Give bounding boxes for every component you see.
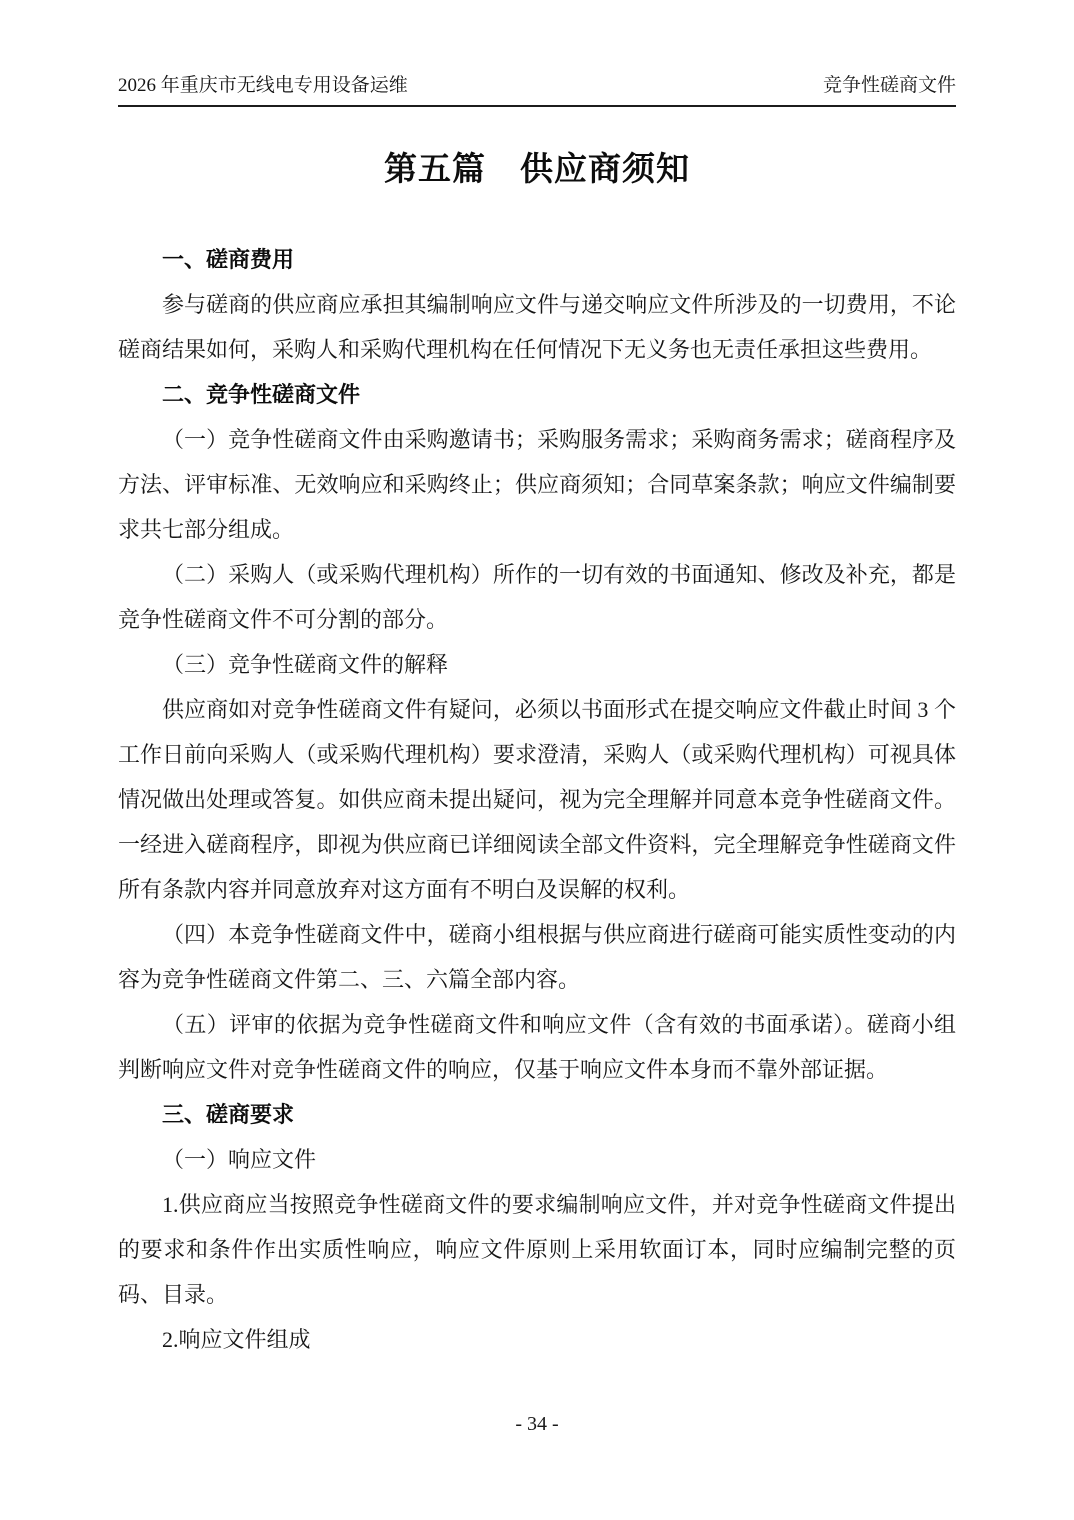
header-left-text: 2026 年重庆市无线电专用设备运维 [118,74,408,98]
document-body: 一、磋商费用 参与磋商的供应商应承担其编制响应文件与递交响应文件所涉及的一切费用… [118,237,956,1362]
page-header: 2026 年重庆市无线电专用设备运维 竞争性磋商文件 [118,0,956,107]
paragraph-substantive-changes: （四）本竞争性磋商文件中，磋商小组根据与供应商进行磋商可能实质性变动的内容为竞争… [118,912,956,1002]
paragraph-response-doc-title: （一）响应文件 [118,1137,956,1182]
section-heading-1: 一、磋商费用 [118,237,956,282]
paragraph-notices: （二）采购人（或采购代理机构）所作的一切有效的书面通知、修改及补充，都是竞争性磋… [118,552,956,642]
paragraph-fees: 参与磋商的供应商应承担其编制响应文件与递交响应文件所涉及的一切费用，不论磋商结果… [118,282,956,372]
header-right-text: 竞争性磋商文件 [823,74,956,98]
paragraph-response-doc-composition: 2.响应文件组成 [118,1317,956,1362]
paragraph-interpretation-title: （三）竞争性磋商文件的解释 [118,642,956,687]
page-number: - 34 - [0,1413,1074,1436]
paragraph-review-basis: （五）评审的依据为竞争性磋商文件和响应文件（含有效的书面承诺）。磋商小组判断响应… [118,1002,956,1092]
document-page: 2026 年重庆市无线电专用设备运维 竞争性磋商文件 第五篇 供应商须知 一、磋… [0,0,1074,1520]
paragraph-clarification: 供应商如对竞争性磋商文件有疑问，必须以书面形式在提交响应文件截止时间 3 个工作… [118,687,956,912]
page-title: 第五篇 供应商须知 [118,149,956,189]
section-heading-2: 二、竞争性磋商文件 [118,372,956,417]
section-heading-3: 三、磋商要求 [118,1092,956,1137]
paragraph-response-doc-req: 1.供应商应当按照竞争性磋商文件的要求编制响应文件，并对竞争性磋商文件提出的要求… [118,1182,956,1317]
paragraph-doc-parts: （一）竞争性磋商文件由采购邀请书；采购服务需求；采购商务需求；磋商程序及方法、评… [118,417,956,552]
